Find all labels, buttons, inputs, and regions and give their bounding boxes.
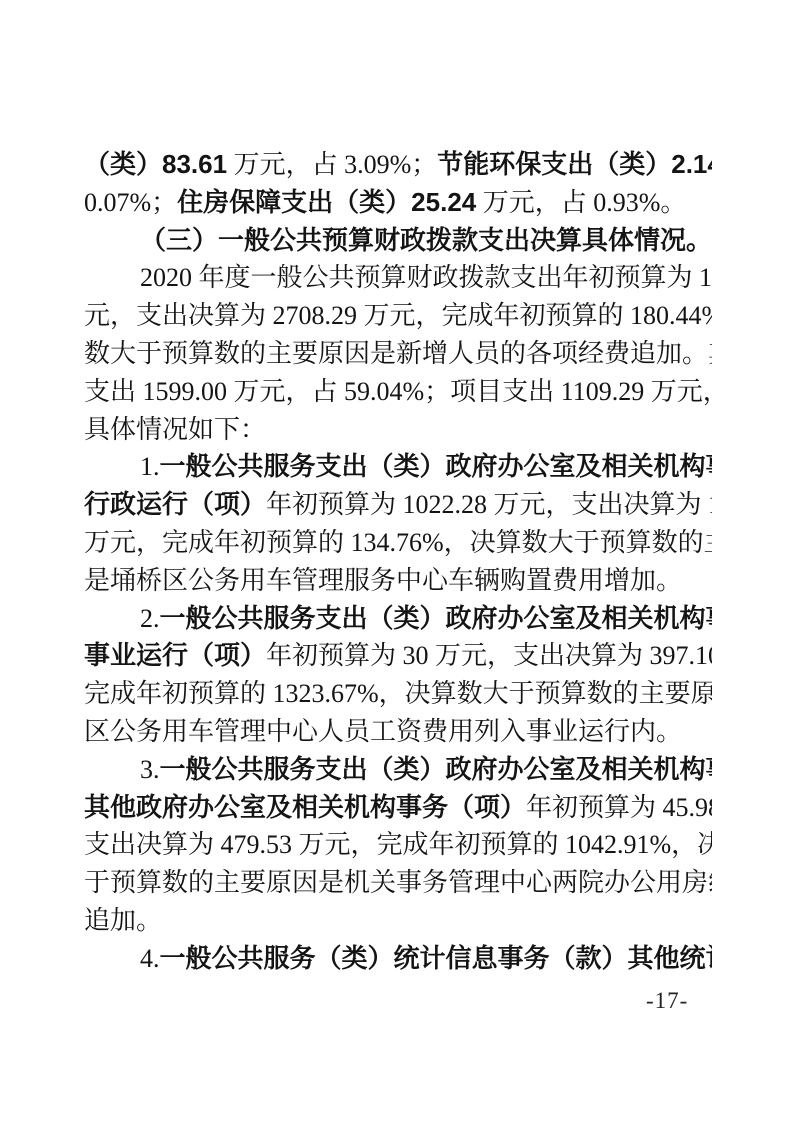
heading-line: 2.一般公共服务支出（类）政府办公室及相关机构事务（款） bbox=[84, 600, 712, 638]
document-page: （类）83.61 万元，占 3.09%；节能环保支出（类）2.14 万元，占0.… bbox=[0, 0, 793, 1122]
text-run: 一般公共服务（类）统计信息事务（款）其他统计信息事 bbox=[160, 943, 713, 973]
text-run: 支出决算为 479.53 万元，完成年初预算的 1042.91%，决算数大 bbox=[84, 830, 712, 859]
text-line: 具体情况如下： bbox=[84, 411, 712, 449]
text-run: 0.07%； bbox=[84, 188, 177, 217]
text-line: 元，支出决算为 2708.29 万元，完成年初预算的 180.44%。决算 bbox=[84, 297, 712, 335]
text-line: 完成年初预算的 1323.67%，决算数大于预算数的主要原因是埇桥 bbox=[84, 675, 712, 713]
text-run: 元，支出决算为 2708.29 万元，完成年初预算的 180.44%。决算 bbox=[84, 301, 712, 330]
text-line: 行政运行（项）年初预算为 1022.28 万元，支出决算为 1377.66 bbox=[84, 486, 712, 524]
text-run: 一般公共服务支出（类）政府办公室及相关机构事务（款） bbox=[160, 451, 713, 481]
text-run: 2. bbox=[140, 604, 160, 633]
text-run: 事业运行（项） bbox=[84, 640, 266, 670]
heading-line: （三）一般公共预算财政拨款支出决算具体情况。 bbox=[84, 222, 712, 260]
text-run: 年初预算为 1022.28 万元，支出决算为 1377.66 bbox=[266, 490, 712, 519]
text-run: （三）一般公共预算财政拨款支出决算具体情况。 bbox=[140, 225, 712, 255]
text-run: 完成年初预算的 1323.67%，决算数大于预算数的主要原因是埇桥 bbox=[84, 679, 712, 708]
text-run: 万元，占 0.93%。 bbox=[476, 188, 686, 217]
text-run: 3. bbox=[140, 755, 160, 784]
text-run: 区公务用车管理中心人员工资费用列入事业运行内。 bbox=[84, 717, 682, 746]
text-line: 数大于预算数的主要原因是新增人员的各项经费追加。其中:基本 bbox=[84, 335, 712, 373]
document-body: （类）83.61 万元，占 3.09%；节能环保支出（类）2.14 万元，占0.… bbox=[84, 146, 712, 978]
text-line: 其他政府办公室及相关机构事务（项）年初预算为 45.98 万元， bbox=[84, 789, 712, 827]
heading-line: 4.一般公共服务（类）统计信息事务（款）其他统计信息事 bbox=[84, 940, 712, 978]
text-line: 事业运行（项）年初预算为 30 万元，支出决算为 397.10 万元， bbox=[84, 637, 712, 675]
text-run: 支出 1599.00 万元，占 59.04%；项目支出 1109.29 万元，占… bbox=[84, 377, 712, 406]
text-run: 数大于预算数的主要原因是新增人员的各项经费追加。其中:基本 bbox=[84, 339, 712, 368]
text-run: 节能环保支出（类）2.14 bbox=[437, 149, 712, 179]
text-line: 2020 年度一般公共预算财政拨款支出年初预算为 1500.9 万 bbox=[84, 259, 712, 297]
text-line: 于预算数的主要原因是机关事务管理中心两院办公用房维修经费 bbox=[84, 864, 712, 902]
text-run: 年初预算为 30 万元，支出决算为 397.10 万元， bbox=[266, 641, 712, 670]
text-run: 其他政府办公室及相关机构事务（项） bbox=[84, 792, 526, 822]
text-run: 一般公共服务支出（类）政府办公室及相关机构事务（款） bbox=[160, 603, 713, 633]
page-number: -17- bbox=[646, 988, 688, 1014]
text-line: 区公务用车管理中心人员工资费用列入事业运行内。 bbox=[84, 713, 712, 751]
text-run: （类）83.61 bbox=[84, 149, 227, 179]
text-run: 1. bbox=[140, 452, 160, 481]
text-run: 住房保障支出（类）25.24 bbox=[177, 187, 476, 217]
text-line: 是埇桥区公务用车管理服务中心车辆购置费用增加。 bbox=[84, 562, 712, 600]
text-run: 行政运行（项） bbox=[84, 489, 266, 519]
text-run: 追加。 bbox=[84, 906, 162, 935]
text-run: 于预算数的主要原因是机关事务管理中心两院办公用房维修经费 bbox=[84, 868, 712, 897]
text-run: 4. bbox=[140, 944, 160, 973]
text-run: 万元，完成年初预算的 134.76%，决算数大于预算数的主要原因 bbox=[84, 528, 712, 557]
text-line: 支出决算为 479.53 万元，完成年初预算的 1042.91%，决算数大 bbox=[84, 826, 712, 864]
text-run: 具体情况如下： bbox=[84, 415, 266, 444]
text-line: 支出 1599.00 万元，占 59.04%；项目支出 1109.29 万元，占… bbox=[84, 373, 712, 411]
text-line: 0.07%；住房保障支出（类）25.24 万元，占 0.93%。 bbox=[84, 184, 712, 222]
text-run: 是埇桥区公务用车管理服务中心车辆购置费用增加。 bbox=[84, 566, 682, 595]
text-line: 万元，完成年初预算的 134.76%，决算数大于预算数的主要原因 bbox=[84, 524, 712, 562]
heading-line: 3.一般公共服务支出（类）政府办公室及相关机构事务（款） bbox=[84, 751, 712, 789]
text-run: 一般公共服务支出（类）政府办公室及相关机构事务（款） bbox=[160, 754, 713, 784]
text-run: 年初预算为 45.98 万元， bbox=[526, 793, 712, 822]
text-line: 追加。 bbox=[84, 902, 712, 940]
text-run: 万元，占 3.09%； bbox=[227, 150, 437, 179]
text-run: 2020 年度一般公共预算财政拨款支出年初预算为 1500.9 万 bbox=[140, 263, 712, 292]
heading-line: 1.一般公共服务支出（类）政府办公室及相关机构事务（款） bbox=[84, 448, 712, 486]
text-line: （类）83.61 万元，占 3.09%；节能环保支出（类）2.14 万元，占 bbox=[84, 146, 712, 184]
